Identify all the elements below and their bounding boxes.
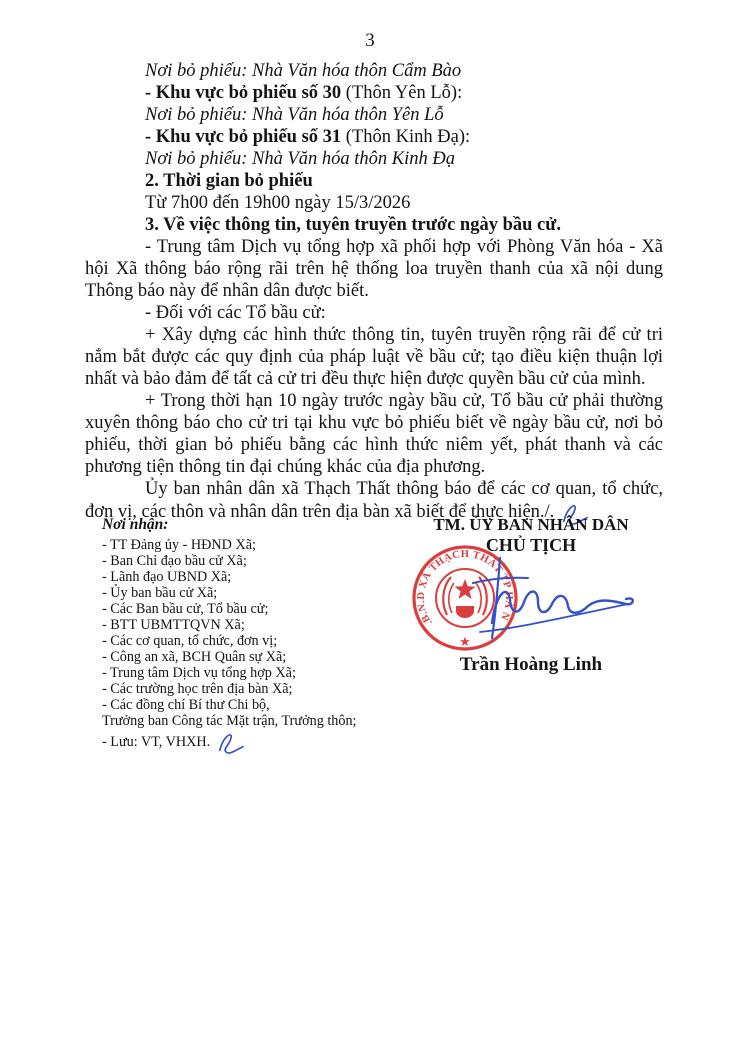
recipients-block: Nơi nhận: - TT Đảng ủy - HĐND Xã;- Ban C… [102,516,412,755]
page-number: 3 [0,30,740,52]
text-segment: 2. Thời gian bỏ phiếu [145,171,313,191]
text-segment: (Thôn Kinh Đạ): [341,127,470,147]
signer-name: Trần Hoàng Linh [400,654,662,676]
text-segment: + Trong thời hạn 10 ngày trước ngày bầu … [85,391,663,477]
recipient-item: - Ủy ban bầu cử Xã; [102,585,412,601]
recipient-item: - Lưu: VT, VHXH. [102,729,412,755]
recipient-item: Trưởng ban Công tác Mặt trận, Trưởng thô… [102,713,412,729]
recipient-item: - BTT UBMTTQVN Xã; [102,617,412,633]
initials-paraph-icon [215,729,245,755]
document-page: 3 Nơi bỏ phiếu: Nhà Văn hóa thôn Cẩm Bào… [0,0,740,1046]
document-footer: Nơi nhận: - TT Đảng ủy - HĐND Xã;- Ban C… [0,516,740,796]
signature-authority: TM. ỦY BAN NHÂN DÂN [400,514,662,535]
document-body: Nơi bỏ phiếu: Nhà Văn hóa thôn Cẩm Bào- … [85,60,663,526]
recipient-item: - Các Ban bầu cử, Tổ bầu cử; [102,601,412,617]
text-segment: Nơi bỏ phiếu: Nhà Văn hóa thôn Cẩm Bào [145,61,461,81]
text-segment: - Khu vực bỏ phiếu số 30 [145,83,341,103]
text-segment: - Đối với các Tổ bầu cử: [145,303,326,323]
text-segment: + Xây dựng các hình thức thông tin, tuyê… [85,325,663,389]
recipient-item: - Trung tâm Dịch vụ tổng hợp Xã; [102,665,412,681]
signature-stroke-icon [450,554,640,642]
paragraph: + Trong thời hạn 10 ngày trước ngày bầu … [85,390,663,478]
recipient-item: - Các đồng chí Bí thư Chi bộ, [102,697,412,713]
document-line: Nơi bỏ phiếu: Nhà Văn hóa thôn Kinh Đạ [85,148,663,170]
document-line: - Đối với các Tổ bầu cử: [85,302,663,324]
text-segment: Từ 7h00 đến 19h00 ngày 15/3/2026 [145,193,410,213]
document-line: Nơi bỏ phiếu: Nhà Văn hóa thôn Cẩm Bào [85,60,663,82]
paragraph: - Trung tâm Dịch vụ tổng hợp xã phối hợp… [85,236,663,302]
document-line: Từ 7h00 đến 19h00 ngày 15/3/2026 [85,192,663,214]
recipient-item: - Ban Chỉ đạo bầu cử Xã; [102,553,412,569]
recipients-heading: Nơi nhận: [102,516,412,534]
document-line: - Khu vực bỏ phiếu số 30 (Thôn Yên Lỗ): [85,82,663,104]
recipient-item: - TT Đảng ủy - HĐND Xã; [102,537,412,553]
recipient-item: - Lãnh đạo UBND Xã; [102,569,412,585]
text-segment: - Trung tâm Dịch vụ tổng hợp xã phối hợp… [85,237,663,301]
text-segment: 3. Về việc thông tin, tuyên truyền trước… [145,215,561,235]
signature-block: TM. ỦY BAN NHÂN DÂN CHỦ TỊCH U.B.N.D XÃ … [400,514,662,694]
text-segment: - Khu vực bỏ phiếu số 31 [145,127,341,147]
document-line: Nơi bỏ phiếu: Nhà Văn hóa thôn Yên Lỗ [85,104,663,126]
paragraph: + Xây dựng các hình thức thông tin, tuyê… [85,324,663,390]
recipient-item: - Các cơ quan, tổ chức, đơn vị; [102,633,412,649]
text-segment: Nơi bỏ phiếu: Nhà Văn hóa thôn Yên Lỗ [145,105,444,125]
recipients-list: - TT Đảng ủy - HĐND Xã;- Ban Chỉ đạo bầu… [102,537,412,755]
document-line: 2. Thời gian bỏ phiếu [85,170,663,192]
text-segment: (Thôn Yên Lỗ): [341,83,462,103]
document-line: - Khu vực bỏ phiếu số 31 (Thôn Kinh Đạ): [85,126,663,148]
document-line: 3. Về việc thông tin, tuyên truyền trước… [85,214,663,236]
recipient-item: - Công an xã, BCH Quân sự Xã; [102,649,412,665]
recipient-item: - Các trường học trên địa bàn Xã; [102,681,412,697]
text-segment: Nơi bỏ phiếu: Nhà Văn hóa thôn Kinh Đạ [145,149,455,169]
